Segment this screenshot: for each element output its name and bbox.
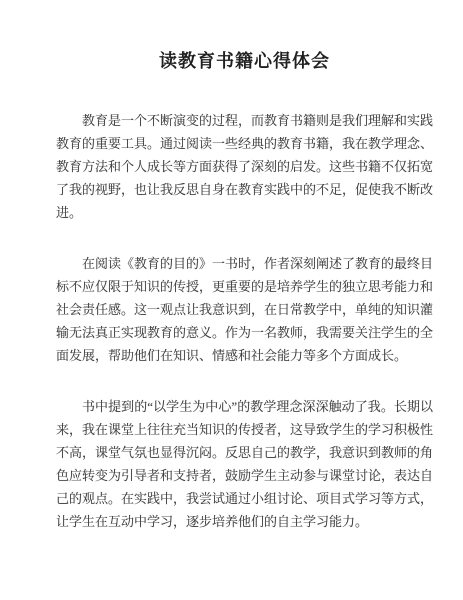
document-page: 读教育书籍心得体会 教育是一个不断演变的过程，而教育书籍则是我们理解和实践教育的… (0, 0, 463, 600)
document-title: 读教育书籍心得体会 (56, 49, 433, 73)
paragraph-student-centered: 书中提到的“以学生为中心”的教学理念深深触动了我。长期以来，我在课堂上往往充当知… (56, 395, 433, 533)
paragraph-intro: 教育是一个不断演变的过程，而教育书籍则是我们理解和实践教育的重要工具。通过阅读一… (56, 109, 433, 224)
paragraph-aims-of-education: 在阅读《教育的目的》一书时，作者深刻阐述了教育的最终目标不应仅限于知识的传授，更… (56, 252, 433, 367)
